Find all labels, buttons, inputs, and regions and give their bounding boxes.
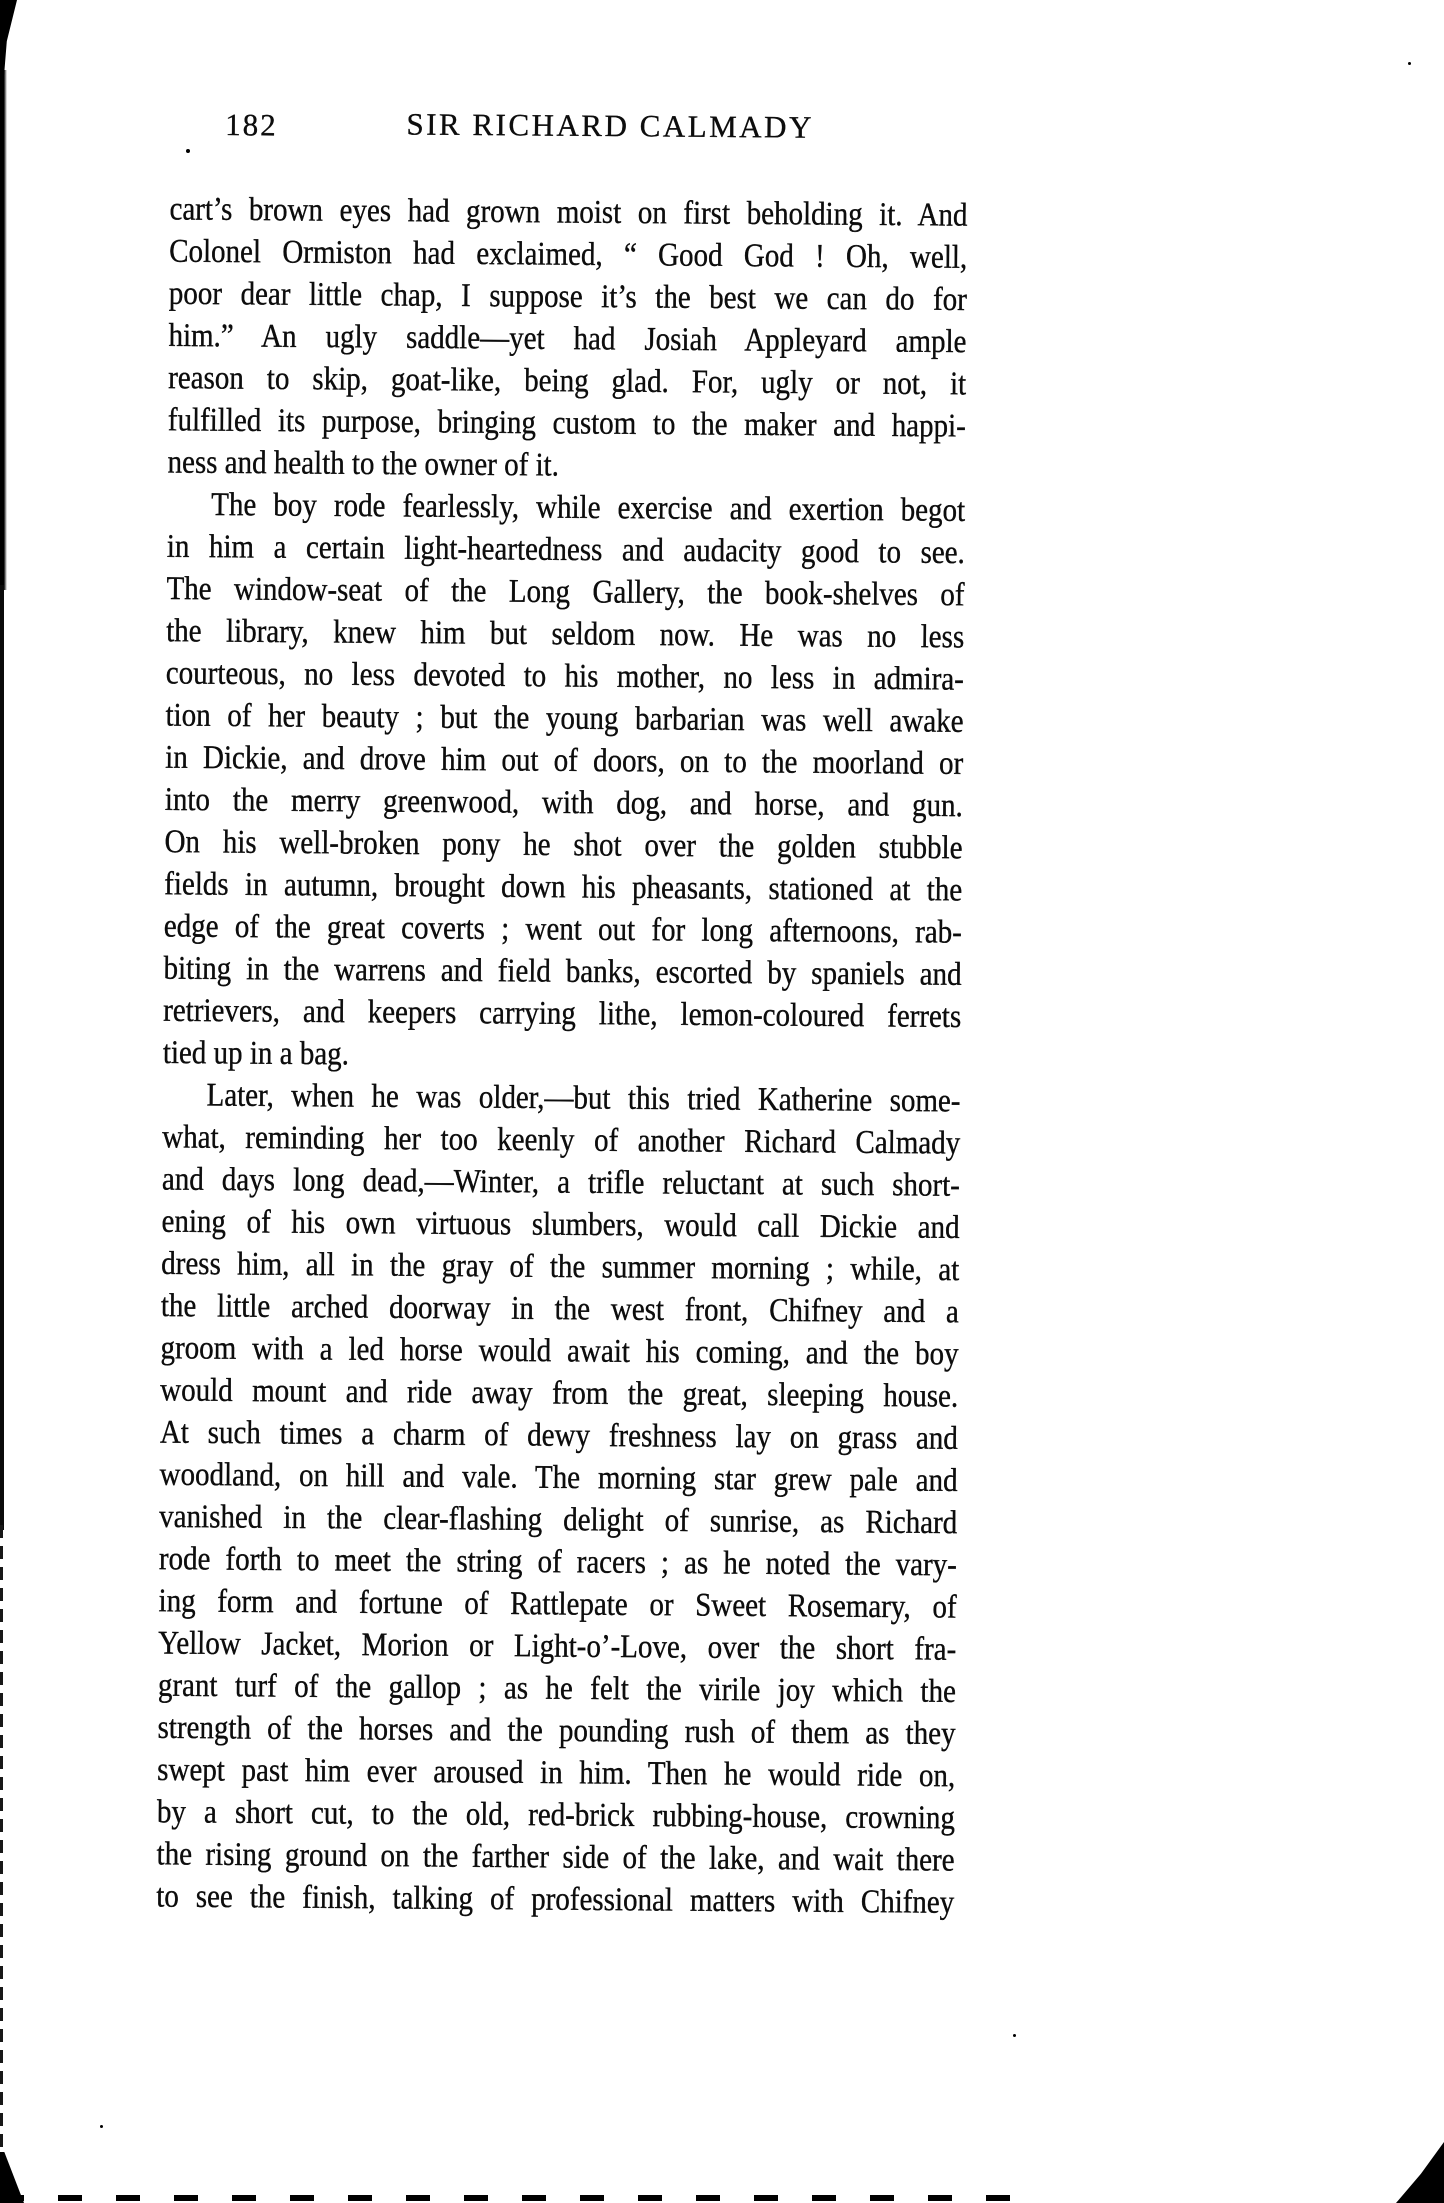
text-line: in Dickie, and drove him out of doors, o… — [165, 737, 963, 785]
text-line: The boy rode fearlessly, while exercise … — [167, 484, 965, 532]
scan-artifact-left-edge-upper — [0, 70, 7, 590]
text-line: woodland, on hill and vale. The morning … — [159, 1454, 957, 1502]
text-line: ing form and fortune of Rattlepate or Sw… — [158, 1581, 956, 1629]
text-line: fields in autumn, brought down his pheas… — [164, 863, 962, 911]
text-line: into the merry greenwood, with dog, and … — [165, 779, 963, 827]
text-line: tion of her beauty ; but the young barba… — [165, 695, 963, 743]
book-page: 182 SIR RICHARD CALMADY cart’s brown eye… — [0, 0, 1444, 2203]
text-line: swept past him ever aroused in him. Then… — [157, 1749, 955, 1797]
text-line: vanished in the clear-flashing delight o… — [159, 1496, 957, 1544]
text-line: in him a certain light-heartedness and a… — [167, 526, 965, 574]
text-line: Yellow Jacket, Morion or Light-o’-Love, … — [158, 1623, 956, 1671]
text-line: rode forth to meet the string of racers … — [159, 1538, 957, 1586]
text-line: and days long dead,—Winter, a trifle rel… — [162, 1159, 960, 1207]
text-line: reason to skip, goat-like, being glad. F… — [168, 357, 966, 405]
text-line: biting in the warrens and field banks, e… — [163, 948, 961, 996]
text-line: retrievers, and keepers carrying lithe, … — [163, 990, 961, 1038]
text-line: courteous, no less devoted to his mother… — [166, 653, 964, 701]
scan-speck — [186, 149, 190, 153]
text-line: him.” An ugly saddle—yet had Josiah Appl… — [168, 315, 966, 363]
text-line: The window-seat of the Long Gallery, the… — [166, 568, 964, 616]
scan-speck — [1408, 62, 1411, 65]
text-line: ening of his own virtuous slumbers, woul… — [161, 1201, 959, 1249]
text-line: what, reminding her too keenly of anothe… — [162, 1117, 960, 1165]
text-line: On his well-broken pony he shot over the… — [164, 821, 962, 869]
text-line: groom with a led horse would await his c… — [160, 1327, 958, 1375]
text-line: to see the finish, talking of profession… — [156, 1876, 954, 1924]
text-line: tied up in a bag. — [163, 1032, 961, 1080]
text-line: strength of the horses and the pounding … — [157, 1707, 955, 1755]
text-line: the rising ground on the farther side of… — [156, 1834, 954, 1882]
text-line: poor dear little chap, I suppose it’s th… — [169, 273, 967, 321]
paragraph: Later, when he was older,—but this tried… — [156, 1074, 961, 1924]
scan-artifact-left-edge-lower — [0, 1525, 3, 2165]
body-text: cart’s brown eyes had grown moist on fir… — [156, 189, 968, 1925]
text-line: the library, knew him but seldom now. He… — [166, 610, 964, 658]
text-line: dress him, all in the gray of the summer… — [161, 1243, 959, 1291]
text-line: would mount and ride away from the great… — [160, 1370, 958, 1418]
text-line: the little arched doorway in the west fr… — [161, 1285, 959, 1333]
paragraph: The boy rode fearlessly, while exercise … — [163, 484, 966, 1081]
text-line: At such times a charm of dewy freshness … — [160, 1412, 958, 1460]
paragraph: cart’s brown eyes had grown moist on fir… — [167, 189, 967, 491]
text-line: grant turf of the gallop ; as he felt th… — [158, 1665, 956, 1713]
scan-speck — [100, 2125, 103, 2128]
text-line: edge of the great coverts ; went out for… — [164, 906, 962, 954]
running-title: SIR RICHARD CALMADY — [180, 105, 1040, 148]
text-line: fulfilled its purpose, bringing custom t… — [168, 400, 966, 448]
text-line: cart’s brown eyes had grown moist on fir… — [169, 189, 967, 237]
scanned-page-content: 182 SIR RICHARD CALMADY cart’s brown eye… — [0, 0, 1444, 2203]
scan-artifact-left-edge-mid — [0, 585, 4, 1530]
text-line: Colonel Ormiston had exclaimed, “ Good G… — [169, 231, 967, 279]
text-line: by a short cut, to the old, red-brick ru… — [157, 1791, 955, 1839]
scan-speck — [1013, 2034, 1016, 2037]
text-line: ness and health to the owner of it. — [167, 442, 965, 490]
text-line: Later, when he was older,—but this tried… — [162, 1074, 960, 1122]
scan-artifact-bottom-edge — [0, 2195, 1010, 2201]
